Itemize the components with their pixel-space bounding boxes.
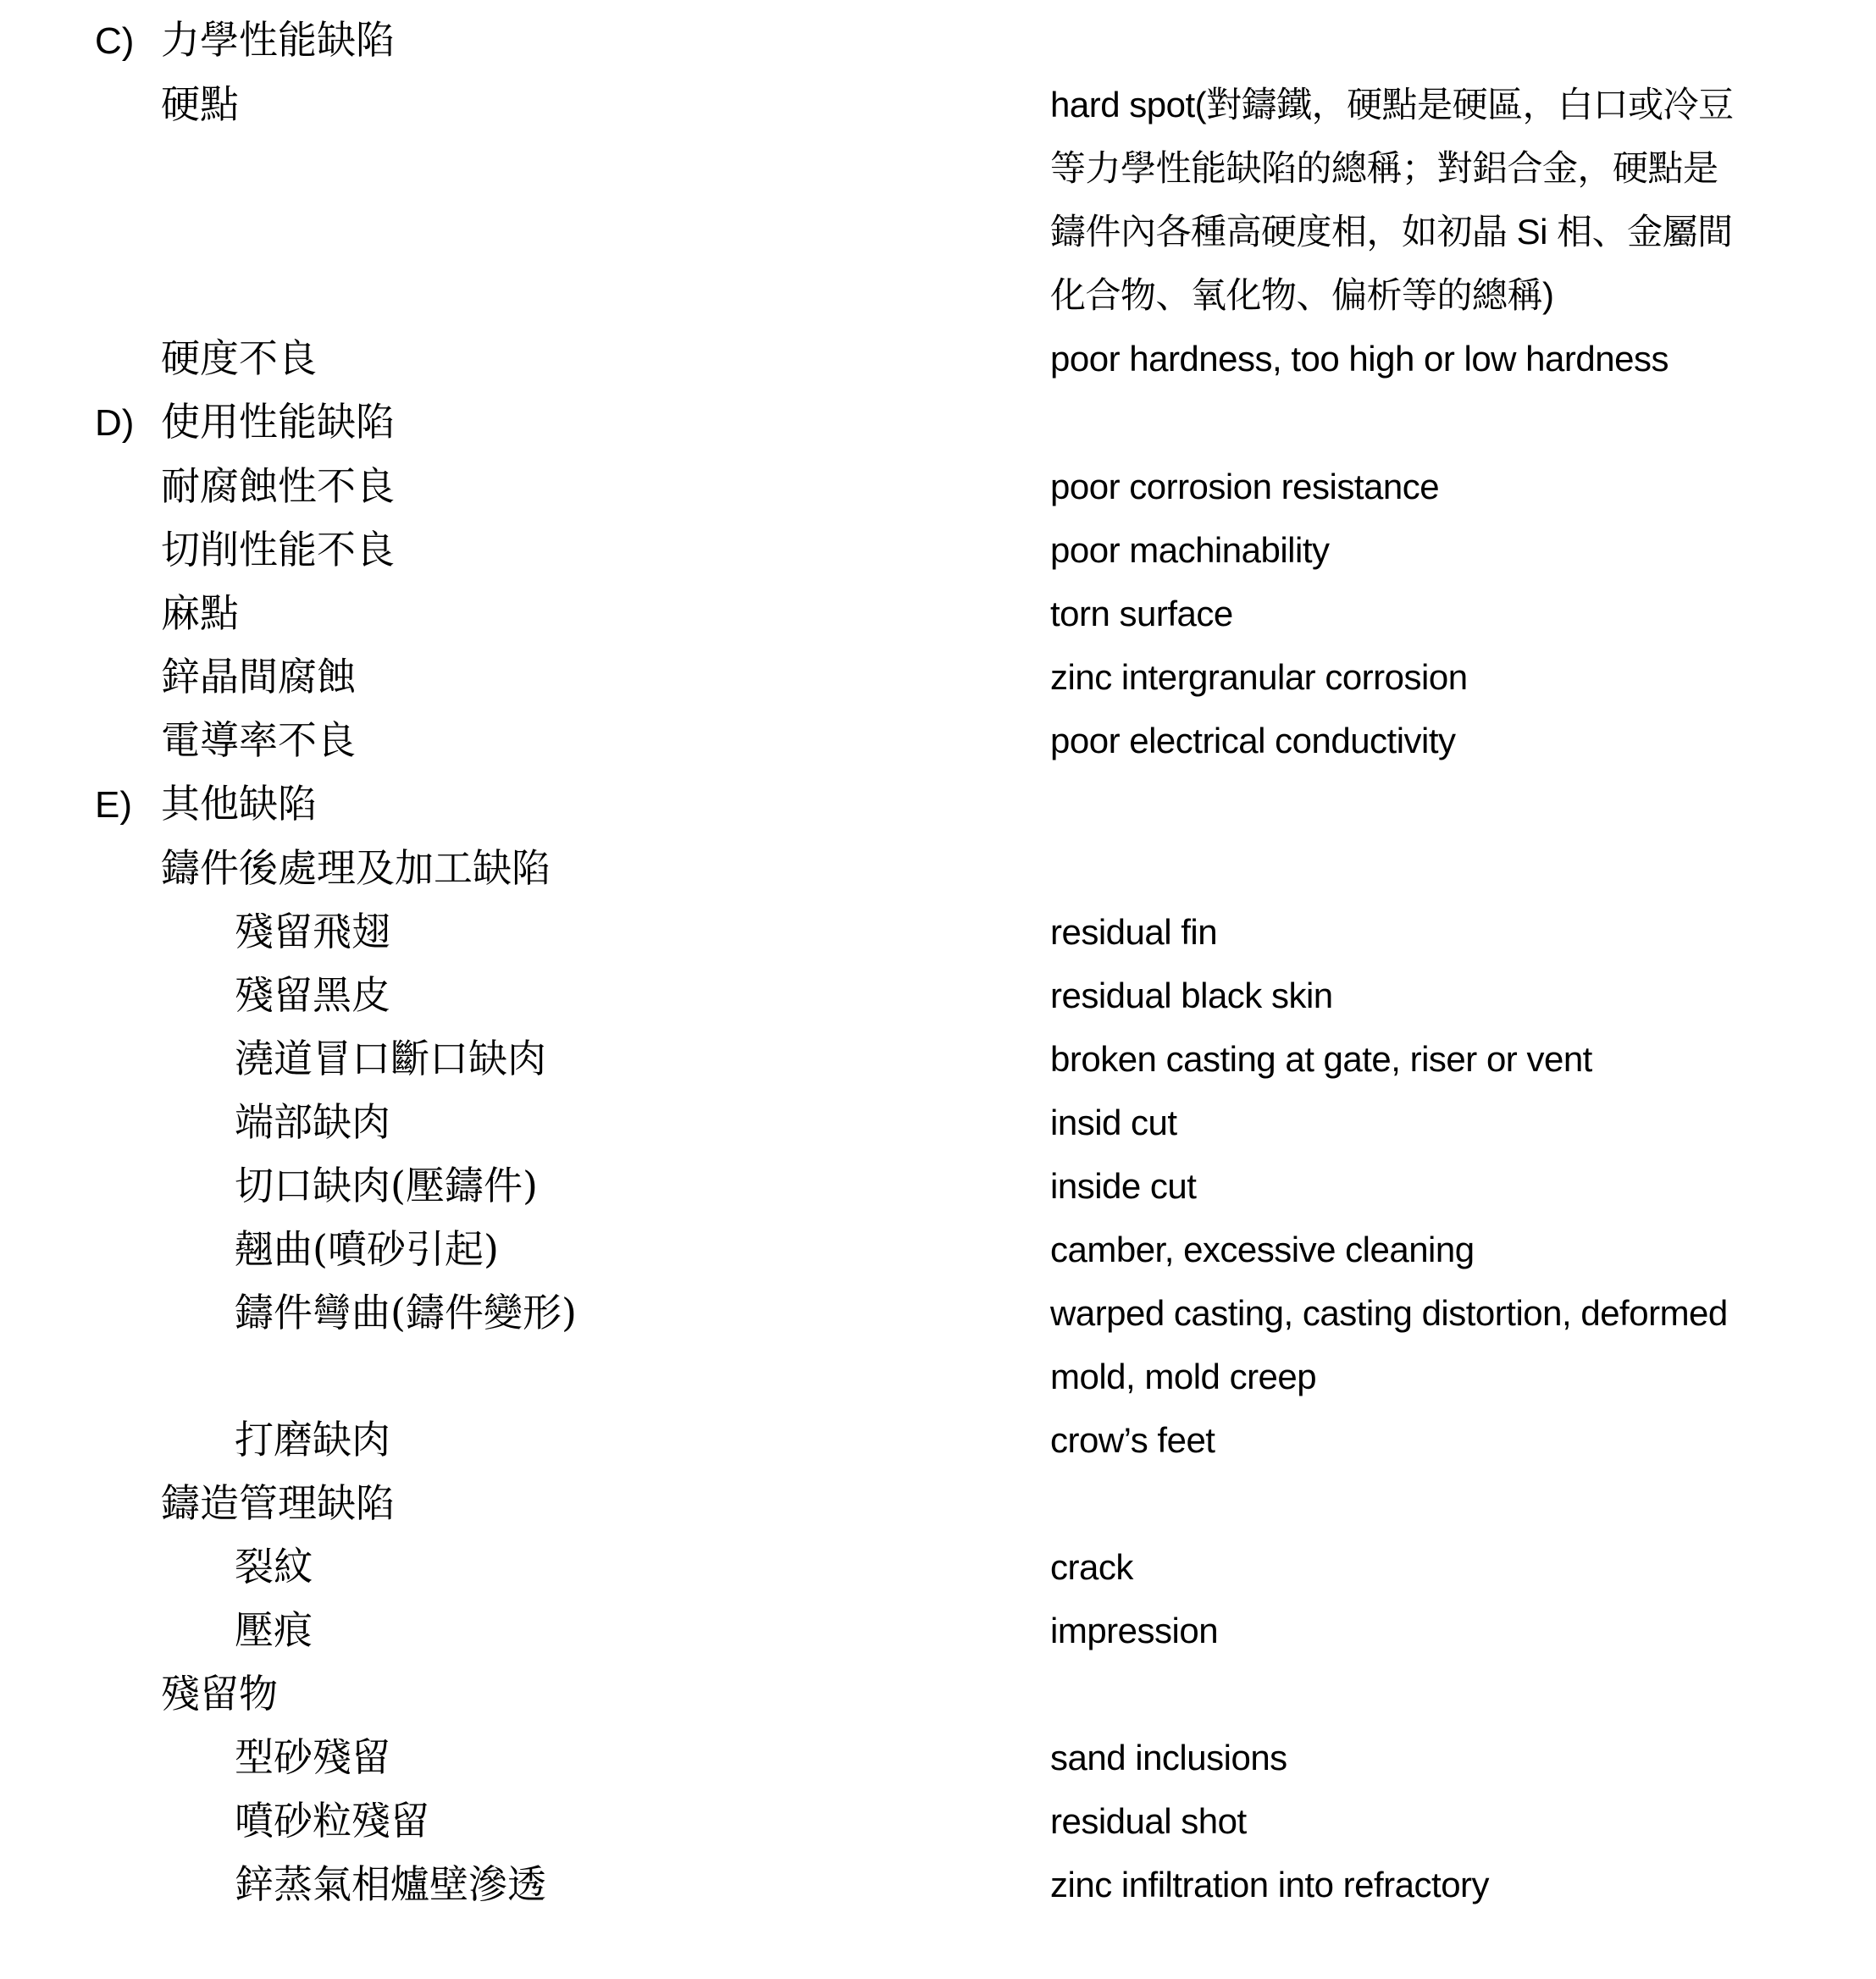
section-letter: D) xyxy=(95,391,161,455)
en-term: inside cut xyxy=(1050,1154,1838,1218)
glossary-row: 耐腐蝕性不良 poor corrosion resistance xyxy=(0,455,1876,518)
zh-term: 鑄件後處理及加工缺陷 xyxy=(161,845,551,891)
glossary-row: 硬點 hard spot(對鑄鐵，硬點是硬區，白口或冷豆 等力學性能缺陷的總稱；… xyxy=(0,73,1876,327)
zh-term: 殘留黑皮 xyxy=(235,972,390,1018)
glossary-list: C)力學性能缺陷 硬點 hard spot(對鑄鐵，硬點是硬區，白口或冷豆 等力… xyxy=(0,0,1876,1916)
zh-term: 切口缺肉(壓鑄件) xyxy=(235,1163,538,1208)
zh-term: 鑄件彎曲(鑄件變形) xyxy=(235,1290,577,1335)
en-term: torn surface xyxy=(1050,582,1838,645)
glossary-row: 硬度不良 poor hardness, too high or low hard… xyxy=(0,327,1876,390)
glossary-row: 端部缺肉 insid cut xyxy=(0,1091,1876,1154)
en-term: residual fin xyxy=(1050,900,1838,964)
zh-term: 耐腐蝕性不良 xyxy=(161,463,395,509)
glossary-row: E)其他缺陷 xyxy=(0,772,1876,837)
en-term: poor hardness, too high or low hardness xyxy=(1050,327,1838,390)
zh-term: 噴砂粒殘留 xyxy=(235,1798,429,1844)
zh-term: 型砂殘留 xyxy=(235,1734,390,1780)
zh-term: 鋅蒸氣相爐壁滲透 xyxy=(235,1861,546,1907)
en-term: hard spot(對鑄鐵，硬點是硬區，白口或冷豆 等力學性能缺陷的總稱；對鋁合… xyxy=(1050,73,1838,327)
en-term: broken casting at gate, riser or vent xyxy=(1050,1027,1838,1091)
zh-term: 鑄造管理缺陷 xyxy=(161,1480,395,1526)
glossary-row: 澆道冒口斷口缺肉 broken casting at gate, riser o… xyxy=(0,1027,1876,1091)
en-term: insid cut xyxy=(1050,1091,1838,1154)
en-term: zinc infiltration into refractory xyxy=(1050,1853,1838,1916)
zh-term: 切削性能不良 xyxy=(161,527,395,572)
en-term: warped casting, casting distortion, defo… xyxy=(1050,1281,1838,1408)
glossary-row: 鑄造管理缺陷 xyxy=(0,1472,1876,1535)
en-term: residual black skin xyxy=(1050,964,1838,1027)
en-term: crow’s feet xyxy=(1050,1408,1838,1472)
glossary-row: 殘留黑皮 residual black skin xyxy=(0,964,1876,1027)
zh-term: 硬度不良 xyxy=(161,335,317,381)
zh-term: 打磨缺肉 xyxy=(235,1417,390,1462)
glossary-row: 鑄件彎曲(鑄件變形) warped casting, casting disto… xyxy=(0,1281,1876,1408)
glossary-row: 殘留飛翅 residual fin xyxy=(0,900,1876,964)
en-term: sand inclusions xyxy=(1050,1726,1838,1789)
glossary-row: 殘留物 xyxy=(0,1662,1876,1726)
glossary-row: 型砂殘留 sand inclusions xyxy=(0,1726,1876,1789)
en-term: poor machinability xyxy=(1050,518,1838,582)
glossary-row: 鋅蒸氣相爐壁滲透 zinc infiltration into refracto… xyxy=(0,1853,1876,1916)
glossary-row: 鑄件後處理及加工缺陷 xyxy=(0,837,1876,900)
glossary-row: 噴砂粒殘留 residual shot xyxy=(0,1789,1876,1853)
en-term: camber, excessive cleaning xyxy=(1050,1218,1838,1281)
en-term: poor corrosion resistance xyxy=(1050,455,1838,518)
zh-term: 澆道冒口斷口缺肉 xyxy=(235,1036,546,1081)
glossary-row: 電導率不良 poor electrical conductivity xyxy=(0,709,1876,772)
glossary-row: 翹曲(噴砂引起) camber, excessive cleaning xyxy=(0,1218,1876,1281)
glossary-row: 壓痕 impression xyxy=(0,1599,1876,1662)
zh-term: 殘留物 xyxy=(161,1671,278,1716)
en-term: crack xyxy=(1050,1535,1838,1599)
zh-term: 力學性能缺陷 xyxy=(161,17,395,63)
document-page: { "page": { "background": "#ffffff", "te… xyxy=(0,0,1876,1979)
glossary-row: 裂紋 crack xyxy=(0,1535,1876,1599)
zh-term: 電導率不良 xyxy=(161,717,356,763)
en-term: residual shot xyxy=(1050,1789,1838,1853)
zh-term: 翹曲(噴砂引起) xyxy=(235,1226,499,1272)
en-term: poor electrical conductivity xyxy=(1050,709,1838,772)
glossary-row: 鋅晶間腐蝕 zinc intergranular corrosion xyxy=(0,645,1876,709)
zh-term: 殘留飛翅 xyxy=(235,909,390,954)
section-letter: C) xyxy=(95,9,161,73)
zh-term: 端部缺肉 xyxy=(235,1099,390,1145)
glossary-row: 切口缺肉(壓鑄件) inside cut xyxy=(0,1154,1876,1218)
zh-term: 裂紋 xyxy=(235,1544,313,1589)
glossary-row: D)使用性能缺陷 xyxy=(0,390,1876,455)
zh-term: 壓痕 xyxy=(235,1607,313,1653)
glossary-row: 麻點 torn surface xyxy=(0,582,1876,645)
en-term: impression xyxy=(1050,1599,1838,1662)
glossary-row: 切削性能不良 poor machinability xyxy=(0,518,1876,582)
zh-term: 硬點 xyxy=(161,81,239,127)
en-term: zinc intergranular corrosion xyxy=(1050,645,1838,709)
glossary-row: C)力學性能缺陷 xyxy=(0,8,1876,73)
glossary-row: 打磨缺肉 crow’s feet xyxy=(0,1408,1876,1472)
zh-term: 麻點 xyxy=(161,590,239,636)
zh-term: 使用性能缺陷 xyxy=(161,399,395,445)
zh-term: 鋅晶間腐蝕 xyxy=(161,654,356,699)
zh-term: 其他缺陷 xyxy=(161,781,317,826)
section-letter: E) xyxy=(95,773,161,837)
